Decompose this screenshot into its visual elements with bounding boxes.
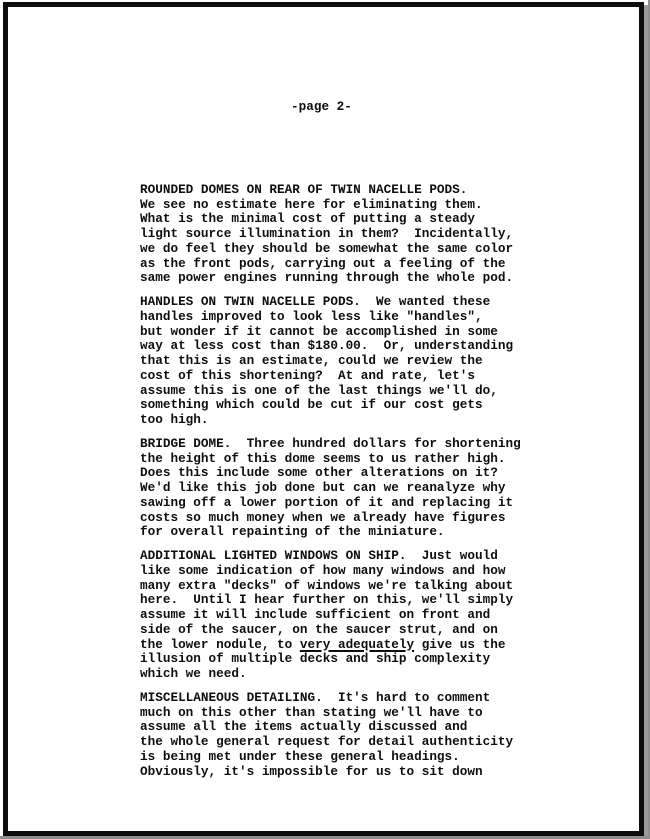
paragraph-rounded-domes: ROUNDED DOMES ON REAR OF TWIN NACELLE PO… <box>140 183 521 286</box>
paragraph-handles: HANDLES ON TWIN NACELLE PODS. We wanted … <box>140 295 521 427</box>
paragraph-miscellaneous: MISCELLANEOUS DETAILING. It's hard to co… <box>140 691 521 779</box>
document-body: ROUNDED DOMES ON REAR OF TWIN NACELLE PO… <box>140 183 521 789</box>
paragraph-additional-windows: ADDITIONAL LIGHTED WINDOWS ON SHIP. Just… <box>140 549 521 681</box>
paragraph-bridge-dome: BRIDGE DOME. Three hundred dollars for s… <box>140 437 521 540</box>
underlined-phrase: very adequately <box>300 637 414 652</box>
page-number-header: -page 2- <box>291 100 352 115</box>
